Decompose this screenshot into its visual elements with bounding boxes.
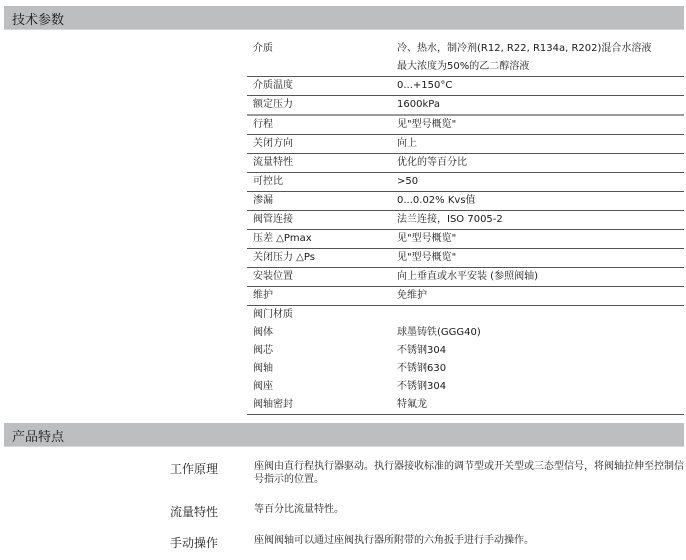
spec-row: 维护免维护 xyxy=(247,287,684,306)
spec-key: 阀轴 xyxy=(253,360,273,378)
spec-row: 阀管连接法兰连接，ISO 7005-2 xyxy=(247,211,684,230)
feature-value: 座阀阀轴可以通过座阀执行器所附带的六角扳手进行手动操作。 xyxy=(254,534,684,547)
spec-key: 阀体 xyxy=(253,324,273,342)
feature-key: 工作原理 xyxy=(170,460,218,477)
spec-row: 安装位置向上垂直或水平安装 (参照阀轴) xyxy=(247,268,684,287)
spec-key: 阀座 xyxy=(253,378,273,396)
spec-key: 额定压力 xyxy=(253,96,293,114)
feature-value: 等百分比流量特性。 xyxy=(254,503,684,516)
spec-row: 介质温度0...+150°C xyxy=(247,77,684,96)
material-row: 阀座不锈钢304 xyxy=(247,378,684,396)
spec-row: 介质 冷、热水，制冷剂(R12, R22, R134a, R202)混合水溶液最… xyxy=(247,40,684,77)
section-header-tech-params: 技术参数 xyxy=(4,6,684,30)
material-row: 阀体球墨铸铁(GGG40) xyxy=(247,324,684,342)
material-row: 阀轴密封特氟龙 xyxy=(247,396,684,415)
spec-table: 介质 冷、热水，制冷剂(R12, R22, R134a, R202)混合水溶液最… xyxy=(247,40,684,415)
spec-key: 维护 xyxy=(253,287,273,305)
spec-value: 向上 xyxy=(397,135,684,153)
materials-header: 阀门材质 xyxy=(247,306,684,324)
spec-value: 向上垂直或水平安装 (参照阀轴) xyxy=(397,268,684,286)
feature-value: 座阀由直行程执行器驱动。执行器接收标准的调节型或开关型或三态型信号，将阀轴拉伸至… xyxy=(254,460,684,486)
spec-key: 关闭压力 △Ps xyxy=(253,249,315,267)
spec-value: 见"型号概览" xyxy=(397,249,684,267)
spec-value: 球墨铸铁(GGG40) xyxy=(397,324,684,342)
spec-key: 阀轴密封 xyxy=(253,396,293,414)
spec-key: 行程 xyxy=(253,116,273,134)
spec-key: 可控比 xyxy=(253,173,283,191)
feature-key: 流量特性 xyxy=(170,503,218,520)
spec-key: 介质 xyxy=(253,40,273,58)
spec-key: 关闭方向 xyxy=(253,135,293,153)
spec-value: 不锈钢304 xyxy=(397,342,684,360)
spec-row: 可控比>50 xyxy=(247,173,684,192)
material-row: 阀芯不锈钢304 xyxy=(247,342,684,360)
spec-value: >50 xyxy=(397,173,684,191)
spec-key: 阀芯 xyxy=(253,342,273,360)
spec-value: 不锈钢630 xyxy=(397,360,684,378)
spec-value: 冷、热水，制冷剂(R12, R22, R134a, R202)混合水溶液 xyxy=(397,40,684,58)
spec-value: 优化的等百分比 xyxy=(397,154,684,172)
spec-value: 见"型号概览" xyxy=(397,230,684,248)
spec-row: 行程见"型号概览" xyxy=(247,116,684,135)
section-title: 产品特点 xyxy=(12,426,64,445)
spec-row: 关闭方向向上 xyxy=(247,135,684,154)
section-header-features: 产品特点 xyxy=(4,423,684,447)
spec-row: 渗漏0...0.02% Kvs值 xyxy=(247,192,684,211)
spec-key: 阀门材质 xyxy=(253,306,293,324)
spec-value: 不锈钢304 xyxy=(397,378,684,396)
section-title: 技术参数 xyxy=(12,9,64,28)
spec-value: 最大浓度为50%的乙二醇溶液 xyxy=(397,58,684,76)
spec-key: 压差 △Pmax xyxy=(253,230,312,248)
spec-row: 关闭压力 △Ps见"型号概览" xyxy=(247,249,684,268)
spec-value: 免维护 xyxy=(397,287,684,305)
spec-value: 0...0.02% Kvs值 xyxy=(397,192,684,210)
spec-key: 阀管连接 xyxy=(253,211,293,229)
spec-row: 流量特性优化的等百分比 xyxy=(247,154,684,173)
spec-row: 压差 △Pmax见"型号概览" xyxy=(247,230,684,249)
spec-value: 法兰连接，ISO 7005-2 xyxy=(397,211,684,229)
spec-value: 0...+150°C xyxy=(397,77,684,95)
feature-key: 手动操作 xyxy=(170,534,218,551)
spec-key: 渗漏 xyxy=(253,192,273,210)
spec-row: 额定压力1600kPa xyxy=(247,96,684,116)
spec-key: 介质温度 xyxy=(253,77,293,95)
spec-value: 特氟龙 xyxy=(397,396,684,414)
spec-key: 流量特性 xyxy=(253,154,293,172)
spec-value: 1600kPa xyxy=(397,96,684,114)
spec-key: 安装位置 xyxy=(253,268,293,286)
material-row: 阀轴不锈钢630 xyxy=(247,360,684,378)
spec-value: 见"型号概览" xyxy=(397,116,684,134)
